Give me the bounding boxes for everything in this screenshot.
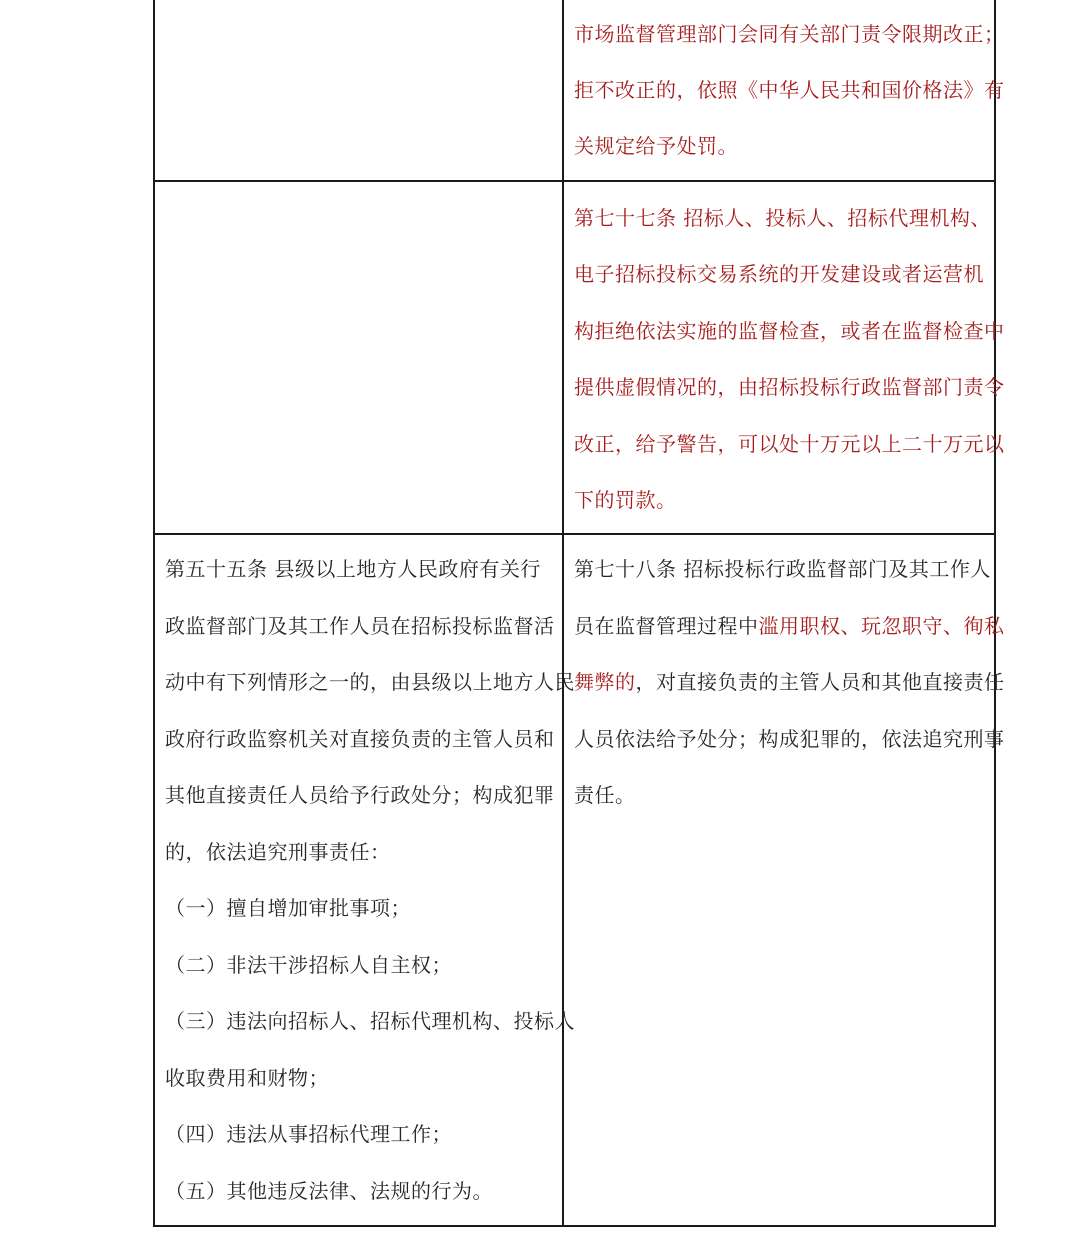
text-line: 政府行政监察机关对直接负责的主管人员和 [165,727,555,751]
text-line: 构拒绝依法实施的监督检查，或者在监督检查中 [574,319,1005,343]
text-segment: 人员依法给予处分；构成犯罪的，依法追究刑事 [574,727,1005,751]
text-line: 关规定给予处罚。 [574,134,738,158]
row2-left-cell [155,182,562,533]
row1-right-cell: 市场监督管理部门会同有关部门责令限期改正； 拒不改正的，依照《中华人民共和国价格… [564,0,994,180]
text-line: 电子招标投标交易系统的开发建设或者运营机 [574,262,984,286]
text-segment: 责任。 [574,783,636,807]
text-line: 政监督部门及其工作人员在招标投标监督活 [165,614,555,638]
list-item: （四）违法从事招标代理工作； [165,1122,452,1146]
list-item: （一）擅自增加审批事项； [165,896,411,920]
text-line: 改正，给予警告，可以处十万元以上二十万元以 [574,432,1005,456]
text-segment: ，对直接负责的主管人员和其他直接责任 [636,670,1005,694]
text-line: 责任。 [574,783,636,807]
row1-left-cell [155,0,562,180]
text-line: 舞弊的，对直接负责的主管人员和其他直接责任 [574,670,1005,694]
text-line: 人员依法给予处分；构成犯罪的，依法追究刑事 [574,727,1005,751]
text-line: 提供虚假情况的，由招标投标行政监督部门责令 [574,375,1005,399]
text-line: 第五十五条 县级以上地方人民政府有关行 [165,557,541,581]
text-line: 其他直接责任人员给予行政处分；构成犯罪 [165,783,555,807]
text-line: 市场监督管理部门会同有关部门责令限期改正； [574,22,1005,46]
text-line: 第七十七条 招标人、投标人、招标代理机构、 [574,206,991,230]
list-item: （五）其他违反法律、法规的行为。 [165,1179,493,1203]
text-segment: 员在监督管理过程中 [574,614,759,638]
text-line: 的，依法追究刑事责任： [165,840,391,864]
text-line: 拒不改正的，依照《中华人民共和国价格法》有 [574,78,1005,102]
article-78-cell: 第七十八条 招标投标行政监督部门及其工作人 员在监督管理过程中滥用职权、玩忽职守… [564,535,994,1225]
comparison-table: 市场监督管理部门会同有关部门责令限期改正； 拒不改正的，依照《中华人民共和国价格… [153,0,996,1227]
highlighted-text: 滥用职权、玩忽职守、徇私 [759,614,1005,638]
article-77-cell: 第七十七条 招标人、投标人、招标代理机构、 电子招标投标交易系统的开发建设或者运… [564,182,994,533]
list-item-continued: 收取费用和财物； [165,1066,329,1090]
text-line: 第七十八条 招标投标行政监督部门及其工作人 [574,557,991,581]
list-item: （二）非法干涉招标人自主权； [165,953,452,977]
list-item: （三）违法向招标人、招标代理机构、投标人 [165,1009,575,1033]
text-line: 动中有下列情形之一的，由县级以上地方人民 [165,670,575,694]
highlighted-text: 舞弊的 [574,670,636,694]
text-line: 员在监督管理过程中滥用职权、玩忽职守、徇私 [574,614,1005,638]
table-border-bottom [153,1225,996,1227]
text-segment: 第七十八条 招标投标行政监督部门及其工作人 [574,557,991,581]
article-55-cell: 第五十五条 县级以上地方人民政府有关行 政监督部门及其工作人员在招标投标监督活 … [155,535,562,1225]
text-line: 下的罚款。 [574,488,677,512]
